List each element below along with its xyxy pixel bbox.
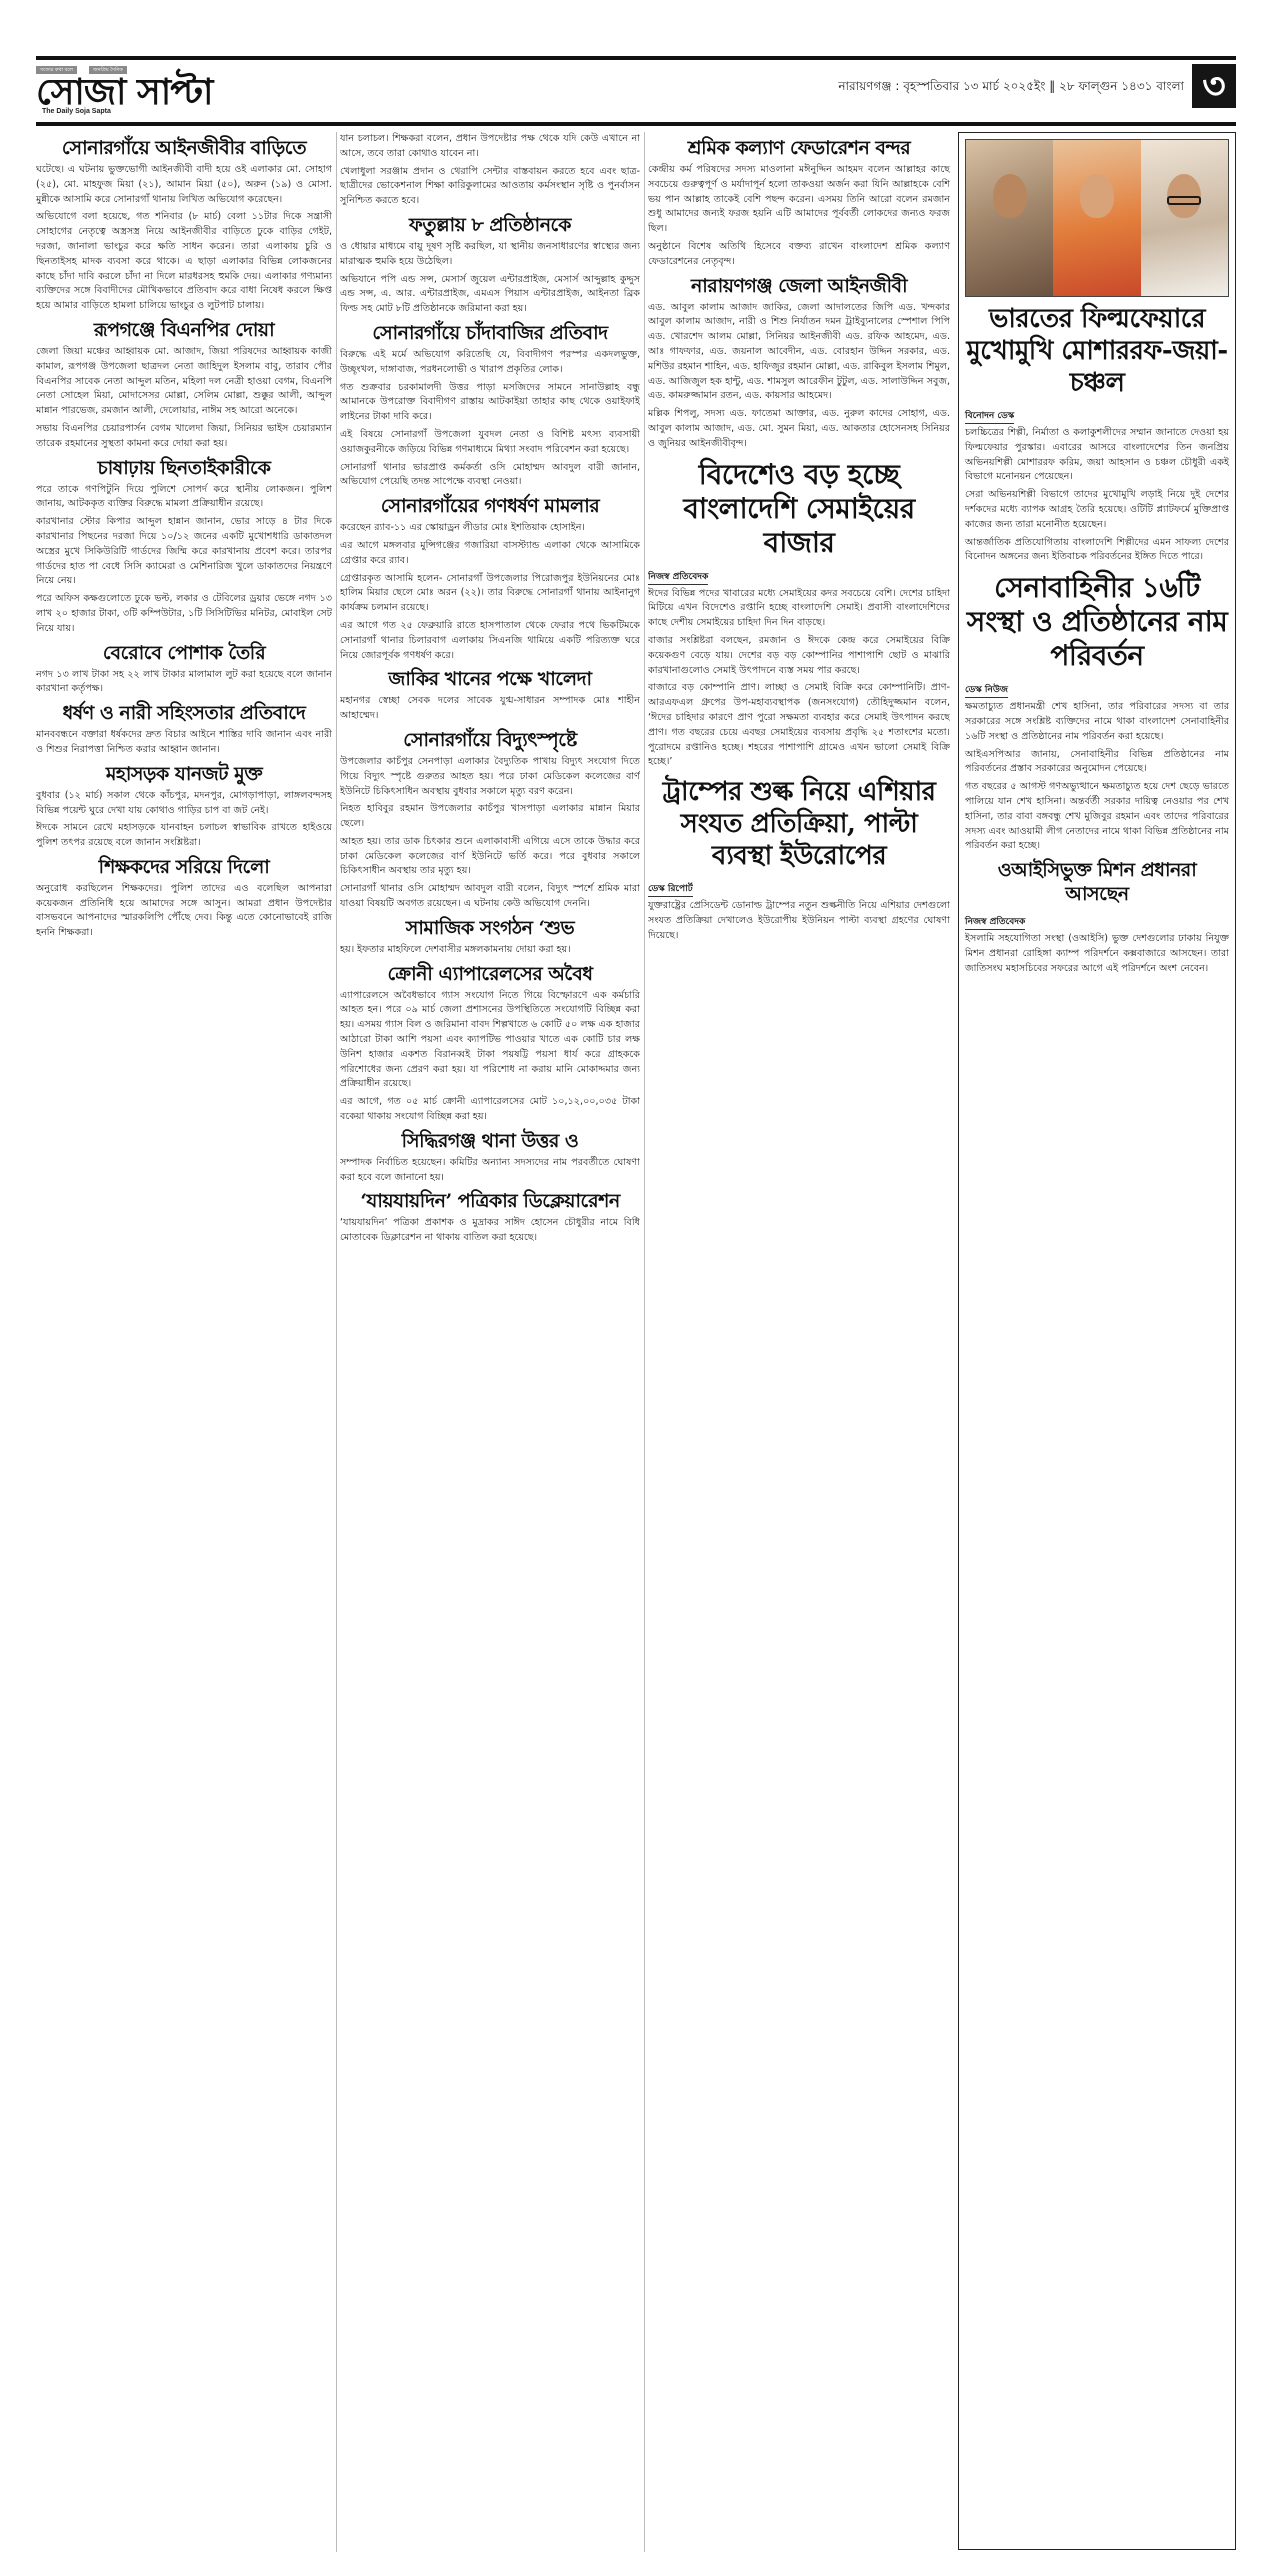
article-paragraph: যুক্তরাষ্ট্রের প্রেসিডেন্ট ডোনাল্ড ট্রাম… bbox=[648, 899, 950, 943]
article-paragraph: অভিযানে পপি এন্ড সন্স, মেসার্স জুয়েল এন… bbox=[340, 273, 640, 317]
glasses-shape bbox=[1167, 196, 1201, 205]
article-headline: জাকির খানের পক্ষে খালেদা bbox=[340, 667, 640, 691]
article-paragraph: ঈদকে সামনে রেখে মহাসড়কে যানবাহন চলাচল স… bbox=[36, 821, 332, 851]
article-highway: মহাসড়ক যানজট মুক্ত বুধবার (১২ মার্চ) সক… bbox=[36, 762, 332, 851]
article-paragraph: ইসলামি সহযোগিতা সংস্থা (ওআইসি) ভুক্ত দেশ… bbox=[965, 932, 1229, 976]
article-paragraph: ঈদের বিভিন্ন পদের খাবারের মধ্যে সেমাইয়ে… bbox=[648, 587, 950, 631]
article-paragraph: পরে তাকে গণপিটুনি দিয়ে পুলিশে সোপর্দ কর… bbox=[36, 483, 332, 513]
article-headline: ধর্ষণ ও নারী সহিংসতার প্রতিবাদে bbox=[36, 701, 332, 725]
article-crony-apparels: ক্রোনী এ্যাপারেলসের অবৈধ এ্যাপারেলসে অবৈ… bbox=[340, 962, 640, 1125]
article-headline: ওআইসিভুক্ত মিশন প্রধানরা আসছেন bbox=[965, 858, 1229, 906]
article-paragraph: চলচ্চিত্রের শিল্পী, নির্মাতা ও কলাকুশলীদ… bbox=[965, 426, 1229, 485]
article-headline: ভারতের ফিল্মফেয়ারে মুখোমুখি মোশাররফ-জয়… bbox=[965, 303, 1229, 399]
dateline: নারায়ণগঞ্জ : বৃহস্পতিবার ১৩ মার্চ ২০২৫ই… bbox=[838, 78, 1184, 98]
article-zakir-khan: জাকির খানের পক্ষে খালেদা মহানগর স্বেচ্ছা… bbox=[340, 667, 640, 724]
article-paragraph: যান চলাচল। শিক্ষকরা বলেন, প্রধান উপদেষ্ট… bbox=[340, 132, 640, 162]
newspaper-logo: সোজা সাপ্টা bbox=[36, 74, 213, 110]
article-social-org: সামাজিক সংগঠন ‘শুভ হয়। ইফতার মাহফিলে দে… bbox=[340, 916, 640, 958]
article-factory-robbery: কারখানার স্টোর কিপার আব্দুল হান্নান জানা… bbox=[36, 515, 332, 636]
article-paragraph: ঘটেছে। এ ঘটনায় ভুক্তভোগী আইনজীবী বাদী হ… bbox=[36, 163, 332, 207]
column-1: সোনারগাঁয়ে আইনজীবীর বাড়িতে ঘটেছে। এ ঘট… bbox=[36, 132, 332, 2552]
article-paragraph: উপজেলার কাচঁপুর সেনপাড়া এলাকার বৈদ্যুতি… bbox=[340, 755, 640, 799]
article-trump-tariff: ট্রাম্পের শুল্ক নিয়ে এশিয়ার সংযত প্রতি… bbox=[648, 776, 950, 943]
article-paragraph: আন্তর্জাতিক প্রতিযোগিতায় বাংলাদেশি শিল্… bbox=[965, 536, 1229, 566]
article-paragraph: অভিযোগে বলা হয়েছে, গত শনিবার (৮ মার্চ) … bbox=[36, 210, 332, 314]
column-divider bbox=[644, 132, 645, 2552]
article-paragraph: গত শুক্রবার চরকামালদী উত্তর পাড়া মসজিদে… bbox=[340, 381, 640, 425]
article-rape-protest: ধর্ষণ ও নারী সহিংসতার প্রতিবাদে মানববন্ধ… bbox=[36, 701, 332, 758]
column-divider bbox=[336, 132, 337, 2552]
article-headline: শিক্ষকদের সরিয়ে দিলো bbox=[36, 855, 332, 879]
masthead-bottom-rule bbox=[36, 122, 1236, 126]
article-paragraph: আহত হয়। তার ডাক চিৎকার শুনে এলাকাবাসী এ… bbox=[340, 835, 640, 879]
photo-person-3 bbox=[1141, 140, 1228, 296]
article-teachers-cont: যান চলাচল। শিক্ষকরা বলেন, প্রধান উপদেষ্ট… bbox=[340, 132, 640, 209]
article-paragraph: জেলা জিয়া মঞ্চের আহ্বায়ক মো. আজাদ, জিয… bbox=[36, 345, 332, 419]
article-paragraph: ‘যায়যায়দিন’ পত্রিকা প্রকাশক ও মুদ্রাকর… bbox=[340, 1216, 640, 1246]
article-paragraph: সোনারগাঁ থানার ভারপ্রাপ্ত কর্মকর্তা ওসি … bbox=[340, 461, 640, 491]
article-oic-missions: ওআইসিভুক্ত মিশন প্রধানরা আসছেন নিজস্ব প্… bbox=[965, 858, 1229, 976]
article-lawyers-association: নারায়ণগঞ্জ জেলা আইনজীবী এড. আবুল কালাম … bbox=[648, 274, 950, 452]
article-paragraph: অনুষ্ঠানে বিশেষ অতিথি হিসেবে বক্তব্য রাখ… bbox=[648, 240, 950, 270]
face-shape bbox=[993, 174, 1027, 218]
article-headline: বিদেশেও বড় হচ্ছে বাংলাদেশি সেমাইয়ের বা… bbox=[648, 458, 950, 560]
article-headline: ট্রাম্পের শুল্ক নিয়ে এশিয়ার সংযত প্রতি… bbox=[648, 776, 950, 872]
face-shape bbox=[1080, 174, 1114, 218]
article-paragraph: আইএসপিআর জানায়, সেনাবাহিনীর বিভিন্ন প্র… bbox=[965, 748, 1229, 778]
article-semai-market: বিদেশেও বড় হচ্ছে বাংলাদেশি সেমাইয়ের বা… bbox=[648, 458, 950, 771]
article-headline: সোনারগাঁয়ে চাঁদাবাজির প্রতিবাদ bbox=[340, 321, 640, 345]
article-paragraph: বাজার সংশ্লিষ্টরা বলছেন, রমজান ও ঈদকে কে… bbox=[648, 634, 950, 678]
article-paragraph: নিহত হাবিবুর রহমান উপজেলার কাচঁপুর খাসপা… bbox=[340, 802, 640, 832]
article-headline: নারায়ণগঞ্জ জেলা আইনজীবী bbox=[648, 274, 950, 298]
article-jaijaidin: ‘যায়যায়দিন’ পত্রিকার ডিক্লেয়ারেশন ‘যা… bbox=[340, 1189, 640, 1246]
article-paragraph: অনুরোধ করছিলেন শিক্ষকদের। পুলিশ তাদের এও… bbox=[36, 882, 332, 941]
article-rupganj-bnp: রূপগঞ্জে বিএনপির দোয়া জেলা জিয়া মঞ্চের… bbox=[36, 318, 332, 452]
article-headline: চাষাঢ়ায় ছিনতাইকারীকে bbox=[36, 456, 332, 480]
article-byline: নিজস্ব প্রতিবেদক bbox=[965, 914, 1025, 930]
article-fatullah: ফতুল্লায় ৮ প্রতিষ্ঠানকে ও ধোয়ার মাধ্যম… bbox=[340, 213, 640, 317]
article-garment: বেরোবে পোশাক তৈরি নগদ ১৩ লাখ টাকা সহ ২২ … bbox=[36, 641, 332, 698]
article-paragraph: করেছেন র‌্যাব-১১ এর স্কোয়াড্রন লীডার মো… bbox=[340, 521, 640, 536]
article-sonargaon-lawyer: সোনারগাঁয়ে আইনজীবীর বাড়িতে ঘটেছে। এ ঘট… bbox=[36, 136, 332, 314]
article-paragraph: বুধবার (১২ মার্চ) সকাল থেকে কাঁচপুর, মদন… bbox=[36, 789, 332, 819]
article-headline: সেনাবাহিনীর ১৬টি সংস্থা ও প্রতিষ্ঠানের ন… bbox=[965, 571, 1229, 673]
article-paragraph: খেলাধুলা সরঞ্জাম প্রদান ও থেরাপি সেন্টার… bbox=[340, 165, 640, 209]
article-paragraph: কেন্দ্রীয় কর্ম পরিষদের সদস্য মাওলানা মঈ… bbox=[648, 163, 950, 237]
article-paragraph: সম্পাদক নির্বাচিত হয়েছেন। কমিটির অন্যান… bbox=[340, 1156, 640, 1186]
article-headline: ফতুল্লায় ৮ প্রতিষ্ঠানকে bbox=[340, 213, 640, 237]
article-headline: শ্রমিক কল্যাণ ফেডারেশন বন্দর bbox=[648, 136, 950, 160]
article-paragraph: সেরা অভিনয়শিল্পী বিভাগে তাদের মুখোমুখি … bbox=[965, 488, 1229, 532]
article-filmfare: ভারতের ফিল্মফেয়ারে মুখোমুখি মোশাররফ-জয়… bbox=[965, 303, 1229, 565]
article-headline: সোনারগাঁয়ে বিদ্যুৎস্পৃষ্টে bbox=[340, 728, 640, 752]
article-paragraph: এই বিষয়ে সোনারগাঁ উপজেলা যুবদল নেতা ও ব… bbox=[340, 428, 640, 458]
newspaper-subtitle: The Daily Soja Sapta bbox=[42, 108, 111, 115]
article-siddhirganj: সিদ্ধিরগঞ্জ থানা উত্তর ও সম্পাদক নির্বাচ… bbox=[340, 1129, 640, 1186]
article-paragraph: এর আগে গত ২৫ ফেব্রুয়ারি রাতে হাসপাতাল থ… bbox=[340, 619, 640, 663]
article-paragraph: সভায় বিএনপির চেয়ারপার্সন বেগম খালেদা জ… bbox=[36, 422, 332, 452]
article-byline: ডেস্ক রিপোর্ট bbox=[648, 881, 693, 897]
article-teachers: শিক্ষকদের সরিয়ে দিলো অনুরোধ করছিলেন শিক… bbox=[36, 855, 332, 941]
article-electrocution: সোনারগাঁয়ে বিদ্যুৎস্পৃষ্টে উপজেলার কাচঁ… bbox=[340, 728, 640, 912]
article-headline: রূপগঞ্জে বিএনপির দোয়া bbox=[36, 318, 332, 342]
article-paragraph: বাজারে বড় কোম্পানি প্রাণ। লাচ্ছা ও সেমা… bbox=[648, 681, 950, 770]
article-byline: নিজস্ব প্রতিবেদক bbox=[648, 569, 708, 585]
article-paragraph: এ্যাপারেলসে অবৈধভাবে গ্যাস সংযোগ নিতে গি… bbox=[340, 989, 640, 1093]
column-3: শ্রমিক কল্যাণ ফেডারেশন বন্দর কেন্দ্রীয় … bbox=[648, 132, 950, 2552]
column-4: ভারতের ফিল্মফেয়ারে মুখোমুখি মোশাররফ-জয়… bbox=[958, 132, 1236, 2550]
article-byline: বিনোদন ডেস্ক bbox=[965, 408, 1014, 424]
article-paragraph: ও ধোয়ার মাধ্যমে বায়ু দূষণ সৃষ্টি করছিল… bbox=[340, 240, 640, 270]
article-headline: সিদ্ধিরগঞ্জ থানা উত্তর ও bbox=[340, 1129, 640, 1153]
article-paragraph: মহানগর স্বেচ্ছা সেবক দলের সাবেক যুগ্ম-সা… bbox=[340, 694, 640, 724]
article-paragraph: ক্ষমতাচ্যুত প্রধানমন্ত্রী শেখ হাসিনা, তা… bbox=[965, 700, 1229, 744]
article-chashara-snatcher: চাষাঢ়ায় ছিনতাইকারীকে পরে তাকে গণপিটুনি… bbox=[36, 456, 332, 513]
article-labour-welfare: শ্রমিক কল্যাণ ফেডারেশন বন্দর কেন্দ্রীয় … bbox=[648, 136, 950, 270]
newspaper-page: সত্যের কথা বলে জনপ্রিয় দৈনিক সোজা সাপ্ট… bbox=[36, 0, 1236, 2560]
article-headline: মহাসড়ক যানজট মুক্ত bbox=[36, 762, 332, 786]
article-photo bbox=[965, 139, 1229, 297]
photo-person-2 bbox=[1053, 140, 1140, 296]
article-paragraph: এর আগে মঙ্গলবার মুন্সিগঞ্জের গজারিয়া বা… bbox=[340, 539, 640, 569]
article-paragraph: নগদ ১৩ লাখ টাকা সহ ২২ লাখ টাকার মালামাল … bbox=[36, 668, 332, 698]
article-paragraph: গ্রেপ্তারকৃত আসামি হলেন- সোনারগাঁ উপজেলা… bbox=[340, 572, 640, 616]
article-headline: বেরোবে পোশাক তৈরি bbox=[36, 641, 332, 665]
article-paragraph: এড. আবুল কালাম আজাদ জাকির, জেলা আদালতের … bbox=[648, 301, 950, 405]
article-paragraph: বিরুদ্ধে এই মর্মে অভিযোগ করিতেছি যে, বিব… bbox=[340, 348, 640, 378]
article-paragraph: মল্লিক শিপলু, সদস্য এড. ফাতেমা আক্তার, এ… bbox=[648, 407, 950, 451]
article-byline: ডেস্ক নিউজ bbox=[965, 682, 1008, 698]
article-headline: ‘যায়যায়দিন’ পত্রিকার ডিক্লেয়ারেশন bbox=[340, 1189, 640, 1213]
masthead: সত্যের কথা বলে জনপ্রিয় দৈনিক সোজা সাপ্ট… bbox=[36, 60, 1236, 120]
article-extortion-protest: সোনারগাঁয়ে চাঁদাবাজির প্রতিবাদ বিরুদ্ধে… bbox=[340, 321, 640, 490]
article-headline: সোনারগাঁয়ে আইনজীবীর বাড়িতে bbox=[36, 136, 332, 160]
article-headline: সামাজিক সংগঠন ‘শুভ bbox=[340, 916, 640, 940]
article-paragraph: পরে অফিস কক্ষগুলোতে ঢুকে ভল্ট, লকার ও টে… bbox=[36, 592, 332, 636]
column-2: যান চলাচল। শিক্ষকরা বলেন, প্রধান উপদেষ্ট… bbox=[340, 132, 640, 2552]
article-headline: সোনারগাঁয়ের গণধর্ষণ মামলার bbox=[340, 494, 640, 518]
article-paragraph: সোনারগাঁ থানার ওসি মোহাম্মদ আবদুল বারী ব… bbox=[340, 882, 640, 912]
article-paragraph: মানববন্ধনে বক্তারা ধর্ষকদের দ্রুত বিচার … bbox=[36, 728, 332, 758]
article-gang-rape-case: সোনারগাঁয়ের গণধর্ষণ মামলার করেছেন র‌্যা… bbox=[340, 494, 640, 663]
page-number-badge: ৩ bbox=[1192, 64, 1236, 108]
article-paragraph: কারখানার স্টোর কিপার আব্দুল হান্নান জানা… bbox=[36, 515, 332, 589]
article-paragraph: গত বছরের ৫ আগস্ট গণঅভ্যুত্থানে ক্ষমতাচ্য… bbox=[965, 780, 1229, 854]
article-paragraph: এর আগে, গত ০৫ মার্চ ক্রোনী এ্যাপারেলসের … bbox=[340, 1095, 640, 1125]
article-army-renaming: সেনাবাহিনীর ১৬টি সংস্থা ও প্রতিষ্ঠানের ন… bbox=[965, 571, 1229, 854]
article-headline: ক্রোনী এ্যাপারেলসের অবৈধ bbox=[340, 962, 640, 986]
article-paragraph: হয়। ইফতার মাহফিলে দেশবাসীর মঙ্গলকামনায়… bbox=[340, 943, 640, 958]
photo-person-1 bbox=[966, 140, 1053, 296]
